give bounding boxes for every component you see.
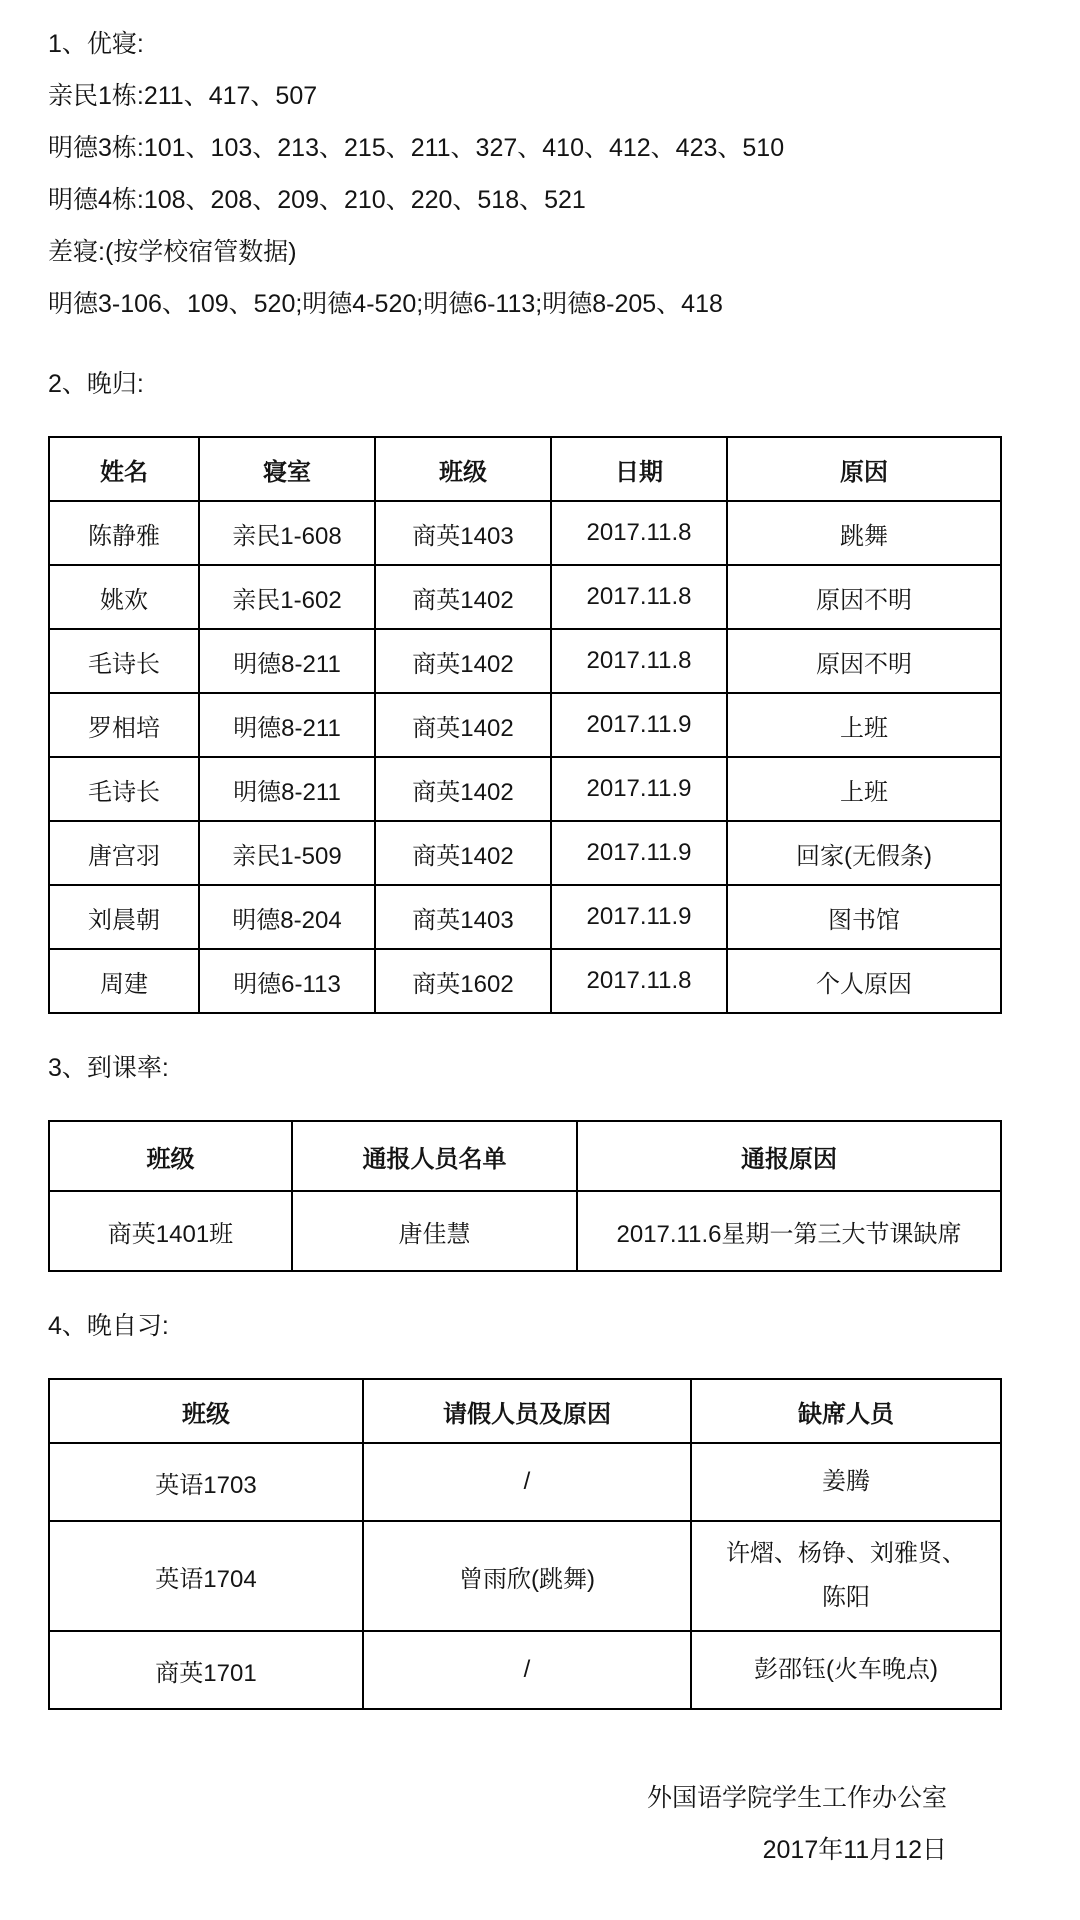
table-row: 周建 明德6-113 商英1602 2017.11.8 个人原因: [49, 949, 1001, 1013]
cell-reported-names: 唐佳慧: [292, 1191, 577, 1271]
cell-reason: 上班: [727, 757, 1001, 821]
cell-reason: 跳舞: [727, 501, 1001, 565]
cell-reason: 个人原因: [727, 949, 1001, 1013]
header-cell-class: 班级: [375, 437, 551, 501]
cell-reason: 上班: [727, 693, 1001, 757]
table-row: 罗相培 明德8-211 商英1402 2017.11.9 上班: [49, 693, 1001, 757]
cell-absent: 姜腾: [691, 1443, 1001, 1521]
header-cell-reason: 原因: [727, 437, 1001, 501]
cell-absent: 彭邵钰(火车晚点): [691, 1631, 1001, 1709]
table-row: 商英1701 / 彭邵钰(火车晚点): [49, 1631, 1001, 1709]
table-row: 毛诗长 明德8-211 商英1402 2017.11.9 上班: [49, 757, 1001, 821]
cell-date: 2017.11.9: [551, 885, 727, 949]
cell-dorm: 明德6-113: [199, 949, 375, 1013]
table-header-row: 班级 通报人员名单 通报原因: [49, 1121, 1001, 1191]
header-cell-date: 日期: [551, 437, 727, 501]
cell-report-reason: 2017.11.6星期一第三大节课缺席: [577, 1191, 1001, 1271]
cell-date: 2017.11.8: [551, 565, 727, 629]
cell-name: 刘晨朝: [49, 885, 199, 949]
excellent-dorms-line-mingde3: 明德3栋:101、103、213、215、211、327、410、412、423…: [48, 122, 1032, 174]
table-header-row: 班级 请假人员及原因 缺席人员: [49, 1379, 1001, 1443]
cell-class: 商英1402: [375, 629, 551, 693]
cell-class: 英语1703: [49, 1443, 363, 1521]
cell-dorm: 亲民1-602: [199, 565, 375, 629]
cell-class: 商英1402: [375, 821, 551, 885]
excellent-dorms-line-mingde4: 明德4栋:108、208、209、210、220、518、521: [48, 174, 1032, 226]
cell-class: 商英1402: [375, 693, 551, 757]
excellent-dorms-line-qinmin1: 亲民1栋:211、417、507: [48, 70, 1032, 122]
cell-date: 2017.11.9: [551, 757, 727, 821]
cell-dorm: 亲民1-608: [199, 501, 375, 565]
cell-name: 姚欢: [49, 565, 199, 629]
attendance-table: 班级 通报人员名单 通报原因 商英1401班 唐佳慧 2017.11.6星期一第…: [48, 1120, 1002, 1272]
cell-absent: 许熠、杨铮、刘雅贤、陈阳: [691, 1521, 1001, 1631]
cell-class: 英语1704: [49, 1521, 363, 1631]
cell-leave: /: [363, 1631, 691, 1709]
cell-dorm: 明德8-204: [199, 885, 375, 949]
cell-dorm: 亲民1-509: [199, 821, 375, 885]
late-return-table: 姓名 寝室 班级 日期 原因 陈静雅 亲民1-608 商英1403 2017.1…: [48, 436, 1002, 1014]
header-cell-name: 姓名: [49, 437, 199, 501]
signature-block: 外国语学院学生工作办公室 2017年11月12日: [48, 1772, 1032, 1876]
cell-date: 2017.11.9: [551, 821, 727, 885]
header-cell-absent: 缺席人员: [691, 1379, 1001, 1443]
cell-class: 商英1402: [375, 565, 551, 629]
cell-dorm: 明德8-211: [199, 693, 375, 757]
signature-date: 2017年11月12日: [48, 1824, 947, 1876]
header-cell-dorm: 寝室: [199, 437, 375, 501]
cell-name: 毛诗长: [49, 757, 199, 821]
cell-class: 商英1701: [49, 1631, 363, 1709]
table-row: 唐宫羽 亲民1-509 商英1402 2017.11.9 回家(无假条): [49, 821, 1001, 885]
cell-reason: 原因不明: [727, 565, 1001, 629]
section-title-evening-study: 4、晚自习:: [48, 1300, 1032, 1352]
cell-date: 2017.11.9: [551, 693, 727, 757]
cell-leave: 曾雨欣(跳舞): [363, 1521, 691, 1631]
cell-dorm: 明德8-211: [199, 629, 375, 693]
table-row: 陈静雅 亲民1-608 商英1403 2017.11.8 跳舞: [49, 501, 1001, 565]
cell-leave: /: [363, 1443, 691, 1521]
table-row: 英语1704 曾雨欣(跳舞) 许熠、杨铮、刘雅贤、陈阳: [49, 1521, 1001, 1631]
header-cell-leave: 请假人员及原因: [363, 1379, 691, 1443]
table-row: 毛诗长 明德8-211 商英1402 2017.11.8 原因不明: [49, 629, 1001, 693]
cell-date: 2017.11.8: [551, 949, 727, 1013]
header-cell-report-reason: 通报原因: [577, 1121, 1001, 1191]
header-cell-class: 班级: [49, 1379, 363, 1443]
evening-study-table: 班级 请假人员及原因 缺席人员 英语1703 / 姜腾 英语1704 曾雨欣(跳…: [48, 1378, 1002, 1710]
report-document: 1、优寝: 亲民1栋:211、417、507 明德3栋:101、103、213、…: [0, 0, 1080, 1920]
cell-name: 毛诗长: [49, 629, 199, 693]
cell-date: 2017.11.8: [551, 629, 727, 693]
header-cell-class: 班级: [49, 1121, 292, 1191]
section-title-late-return: 2、晚归:: [48, 358, 1032, 410]
table-row: 英语1703 / 姜腾: [49, 1443, 1001, 1521]
cell-reason: 原因不明: [727, 629, 1001, 693]
cell-name: 唐宫羽: [49, 821, 199, 885]
table-row: 商英1401班 唐佳慧 2017.11.6星期一第三大节课缺席: [49, 1191, 1001, 1271]
table-row: 姚欢 亲民1-602 商英1402 2017.11.8 原因不明: [49, 565, 1001, 629]
cell-reason: 图书馆: [727, 885, 1001, 949]
cell-class: 商英1403: [375, 501, 551, 565]
section-title-attendance: 3、到课率:: [48, 1042, 1032, 1094]
table-header-row: 姓名 寝室 班级 日期 原因: [49, 437, 1001, 501]
poor-dorms-label: 差寝:(按学校宿管数据): [48, 226, 1032, 278]
cell-name: 陈静雅: [49, 501, 199, 565]
cell-reason: 回家(无假条): [727, 821, 1001, 885]
cell-class: 商英1402: [375, 757, 551, 821]
section-title-excellent-dorms: 1、优寝:: [48, 18, 1032, 70]
table-row: 刘晨朝 明德8-204 商英1403 2017.11.9 图书馆: [49, 885, 1001, 949]
cell-name: 罗相培: [49, 693, 199, 757]
header-cell-reported-names: 通报人员名单: [292, 1121, 577, 1191]
cell-class: 商英1401班: [49, 1191, 292, 1271]
poor-dorms-detail: 明德3-106、109、520;明德4-520;明德6-113;明德8-205、…: [48, 278, 1032, 330]
cell-date: 2017.11.8: [551, 501, 727, 565]
signature-office: 外国语学院学生工作办公室: [48, 1772, 947, 1824]
cell-dorm: 明德8-211: [199, 757, 375, 821]
cell-name: 周建: [49, 949, 199, 1013]
cell-class: 商英1403: [375, 885, 551, 949]
cell-class: 商英1602: [375, 949, 551, 1013]
